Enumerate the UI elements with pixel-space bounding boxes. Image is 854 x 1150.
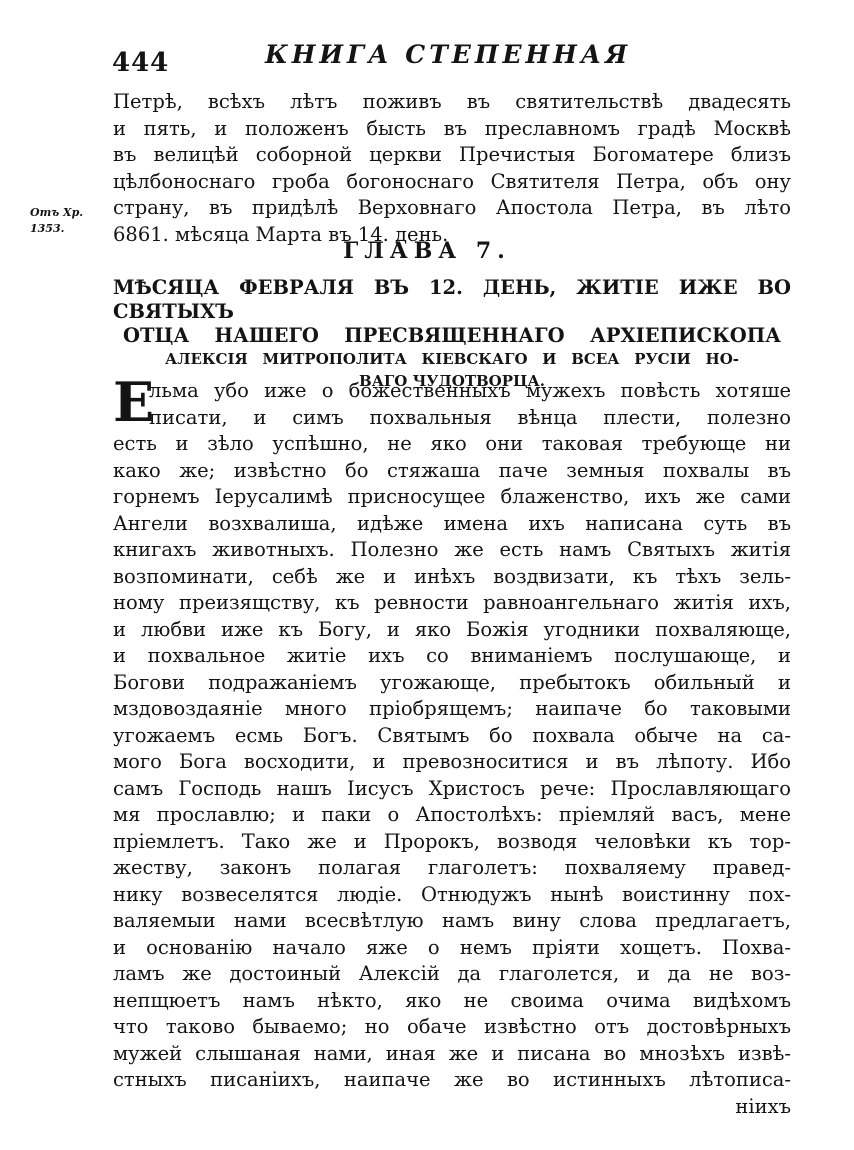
text-line: самъ Господь нашъ Іисусъ Христосъ рече: … bbox=[113, 776, 791, 803]
chapter-label: ГЛАВА 7. bbox=[0, 238, 854, 264]
text-line: цѣлбоноснаго гроба богоноснаго Святителя… bbox=[113, 169, 791, 196]
text-line: страну, въ придѣлѣ Верховнаго Апостола П… bbox=[113, 195, 791, 222]
body-text: льма убо иже о божественныхъ мужехъ повѣ… bbox=[113, 378, 791, 1120]
text-line: мужей слышаная нами, иная же и писана во… bbox=[113, 1041, 791, 1068]
text-line: непщюетъ намъ нѣкто, яко не своима очима… bbox=[113, 988, 791, 1015]
text-line: и любви иже къ Богу, и яко Божія угодник… bbox=[113, 617, 791, 644]
text-line: Богови подражаніемъ угожающе, пребытокъ … bbox=[113, 670, 791, 697]
text-line: и пять, и положенъ бысть въ преславномъ … bbox=[113, 116, 791, 143]
text-line: и основанію начало яже о немъ пріяти хощ… bbox=[113, 935, 791, 962]
text-line: Ангели возхвалиша, идѣже имена ихъ напис… bbox=[113, 511, 791, 538]
text-line: жеству, законъ полагая глаголетъ: похвал… bbox=[113, 855, 791, 882]
text-line: книгахъ животныхъ. Полезно же есть намъ … bbox=[113, 537, 791, 564]
margin-note: Отъ Хр. 1353. bbox=[30, 205, 83, 237]
text-line: валяемыи нами всесвѣтлую намъ вину слова… bbox=[113, 908, 791, 935]
page-number: 444 bbox=[112, 48, 169, 78]
text-line: Петрѣ, всѣхъ лѣтъ поживъ въ святительств… bbox=[113, 89, 791, 116]
text-line: пріемлетъ. Тако же и Пророкъ, возводя че… bbox=[113, 829, 791, 856]
text-line: мого Бога восходити, и превозноситися и … bbox=[113, 749, 791, 776]
text-line: возпоминати, себѣ же и инѣхъ воздвизати,… bbox=[113, 564, 791, 591]
text-line: есть и зѣло успѣшно, не яко они таковая … bbox=[113, 431, 791, 458]
top-paragraph: Петрѣ, всѣхъ лѣтъ поживъ въ святительств… bbox=[113, 89, 791, 248]
text-line: что таково бываемо; но обаче извѣстно от… bbox=[113, 1014, 791, 1041]
margin-note-line: 1353. bbox=[30, 221, 83, 237]
running-title: КНИГА СТЕПЕННАЯ bbox=[265, 40, 631, 69]
text-line: ному преизящству, къ ревности равноангел… bbox=[113, 590, 791, 617]
text-line: мздовоздаяніе много пріобрящемъ; наипаче… bbox=[113, 696, 791, 723]
margin-note-line: Отъ Хр. bbox=[30, 205, 83, 221]
text-line: писати, и симъ похвальныя вѣнца плести, … bbox=[113, 405, 791, 432]
book-page: 444 КНИГА СТЕПЕННАЯ Петрѣ, всѣхъ лѣтъ по… bbox=[0, 0, 854, 1150]
heading-line: МѢСЯЦА ФЕВРАЛЯ ВЪ 12. ДЕНЬ, ЖИТІЕ ИЖЕ ВО… bbox=[113, 276, 791, 324]
text-line: ламъ же достоиный Алексій да глаголется,… bbox=[113, 961, 791, 988]
catchword: ніихъ bbox=[113, 1094, 791, 1121]
text-line: стныхъ писаніихъ, наипаче же во истинных… bbox=[113, 1067, 791, 1094]
heading-line: ОТЦА НАШЕГО ПРЕСВЯЩЕННАГО АРХІЕПИСКОПА bbox=[113, 324, 791, 348]
text-line: нику возвеселятся людіе. Отнюдужъ нынѣ в… bbox=[113, 882, 791, 909]
chapter-heading: МѢСЯЦА ФЕВРАЛЯ ВЪ 12. ДЕНЬ, ЖИТІЕ ИЖЕ ВО… bbox=[113, 276, 791, 392]
text-line: въ велицѣй соборной церкви Пречистыя Бог… bbox=[113, 142, 791, 169]
text-line: и похвальное житіе ихъ со вниманіемъ пос… bbox=[113, 643, 791, 670]
text-line: како же; извѣстно бо стяжаша паче земныя… bbox=[113, 458, 791, 485]
text-line: льма убо иже о божественныхъ мужехъ повѣ… bbox=[113, 378, 791, 405]
text-line: горнемъ Іерусалимѣ присносущее блаженств… bbox=[113, 484, 791, 511]
heading-line: АЛЕКСІЯ МИТРОПОЛИТА КІЕВСКАГО И ВСЕА РУС… bbox=[113, 348, 791, 370]
text-line: мя прославлю; и паки о Апостолѣхъ: пріем… bbox=[113, 802, 791, 829]
text-line: угожаемъ есмь Богъ. Святымъ бо похвала о… bbox=[113, 723, 791, 750]
